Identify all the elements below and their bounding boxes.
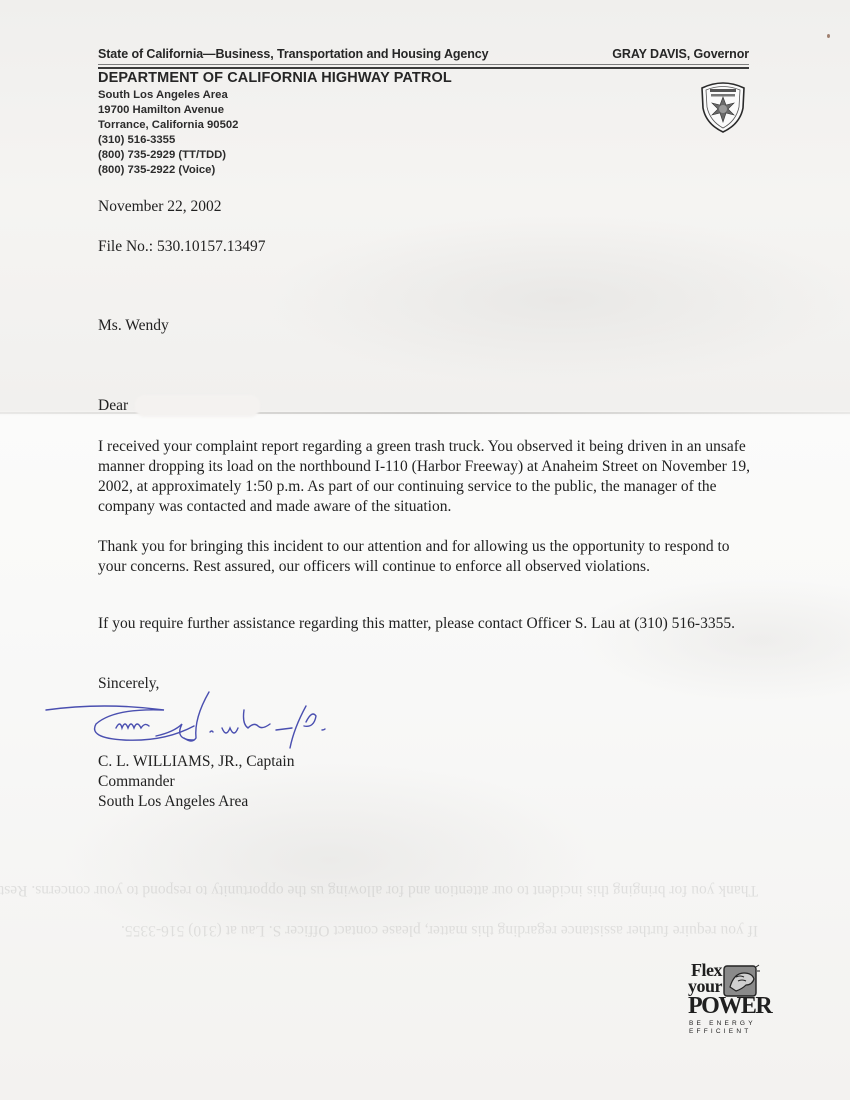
address-line: 19700 Hamilton Avenue	[98, 103, 238, 118]
logo-tagline: BE ENERGY EFFICIENT	[689, 1020, 767, 1036]
signer-title: Commander	[98, 772, 294, 792]
show-through-text: If you require further assistance regard…	[98, 880, 758, 940]
redacted-name	[135, 395, 260, 417]
paragraph-complaint: I received your complaint report regardi…	[98, 437, 758, 517]
letterhead-rule	[98, 64, 749, 65]
file-number: File No.: 530.10157.13497	[98, 237, 266, 257]
flex-your-power-logo: Flex your POWER BE ENERGY EFFICIENT	[686, 960, 766, 1038]
letter-date: November 22, 2002	[98, 197, 222, 217]
salutation: Dear	[98, 396, 128, 416]
department-name: DEPARTMENT OF CALIFORNIA HIGHWAY PATROL	[98, 70, 452, 86]
signer-area: South Los Angeles Area	[98, 792, 294, 812]
address-line: South Los Angeles Area	[98, 88, 238, 103]
address-line: Torrance, California 90502	[98, 118, 238, 133]
phone-line: (310) 516-3355	[98, 133, 238, 148]
chp-badge-icon	[698, 80, 748, 134]
governor-line: GRAY DAVIS, Governor	[612, 47, 749, 61]
phone-line: (800) 735-2929 (TT/TDD)	[98, 148, 238, 163]
signature-block: C. L. WILLIAMS, JR., Captain Commander S…	[98, 752, 294, 812]
handwritten-signature-icon	[44, 688, 364, 758]
signer-name: C. L. WILLIAMS, JR., Captain	[98, 752, 294, 772]
letterhead-top-line: State of California—Business, Transporta…	[98, 47, 749, 61]
letterhead-rule-thick	[98, 67, 749, 69]
recipient-name: Ms. Wendy	[98, 316, 169, 336]
agency-line: State of California—Business, Transporta…	[98, 47, 489, 61]
paper-speck	[827, 34, 830, 38]
paragraph-thanks: Thank you for bringing this incident to …	[98, 537, 758, 577]
phone-line: (800) 735-2922 (Voice)	[98, 163, 238, 178]
fist-icon	[722, 963, 760, 999]
paragraph-contact: If you require further assistance regard…	[98, 614, 758, 634]
department-address: South Los Angeles Area 19700 Hamilton Av…	[98, 88, 238, 178]
